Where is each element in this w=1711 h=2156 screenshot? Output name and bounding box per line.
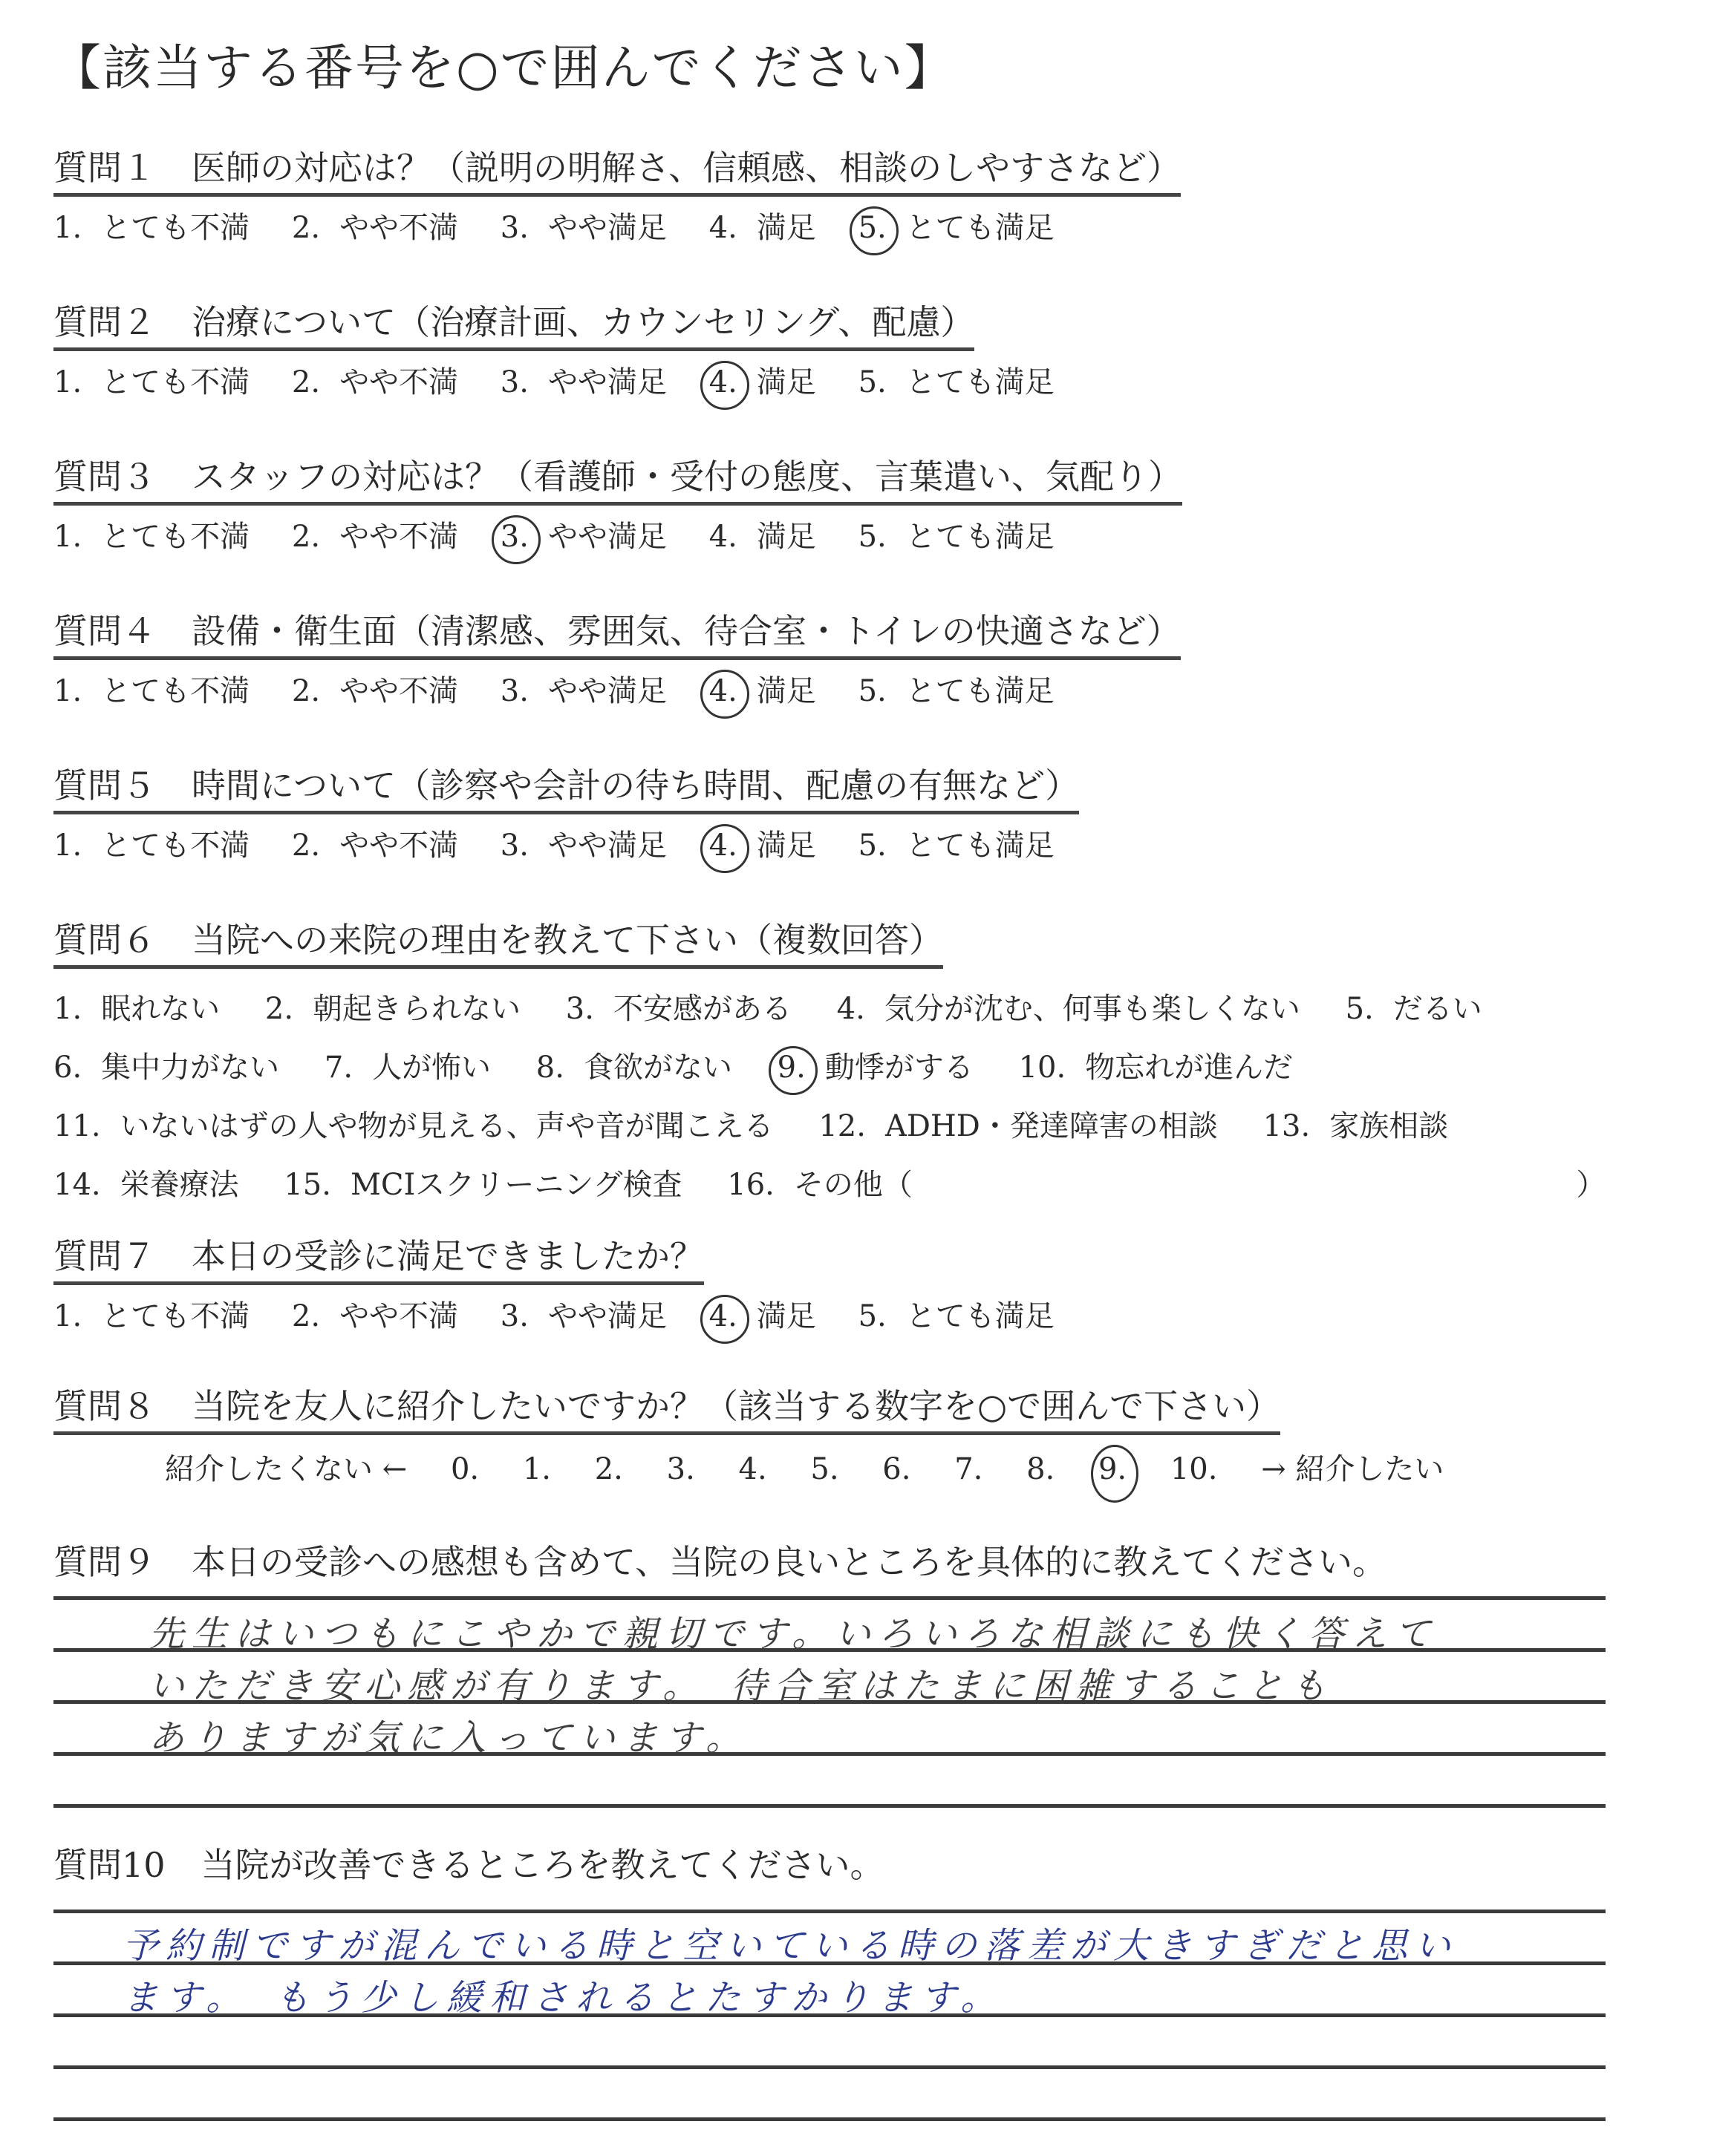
page-title: 【該当する番号を○で囲んでください】 bbox=[52, 28, 955, 99]
q6-option-5[interactable]: 5.だるい bbox=[1346, 985, 1482, 1028]
q6-option-10[interactable]: 10.物忘れが進んだ bbox=[1019, 1044, 1294, 1086]
recommend-scale: 紹介したくない ← 0. 1. 2. 3. 4. 5. 6. 7. 8. 9. … bbox=[165, 1445, 1478, 1488]
option-1[interactable]: 1.とても不満 bbox=[53, 1293, 250, 1335]
q10-answer-line-1[interactable]: 予約制ですが混んでいる時と空いている時の落差が大きすぎだと思い bbox=[123, 1917, 1458, 1968]
q6-option-8[interactable]: 8.食欲がない bbox=[536, 1044, 732, 1086]
question-1: 質問１医師の対応は？（説明の明解さ、信頼感、相談のしやすさなど） 1.とても不満… bbox=[53, 141, 1181, 246]
option-4-selected[interactable]: 4.満足 bbox=[709, 359, 816, 401]
q6-option-3[interactable]: 3.不安感がある bbox=[566, 985, 792, 1028]
scale-6[interactable]: 6. bbox=[882, 1452, 910, 1486]
scale-10[interactable]: 10. bbox=[1170, 1452, 1218, 1486]
question-number: 質問２ bbox=[53, 302, 156, 342]
scale-0[interactable]: 0. bbox=[451, 1452, 479, 1486]
question-4: 質問４設備・衛生面（清潔感、雰囲気、待合室・トイレの快適さなど） 1.とても不満… bbox=[53, 604, 1181, 710]
question-6: 質問６当院への来院の理由を教えて下さい（複数回答） 1.眠れない 2.朝起きられ… bbox=[53, 913, 1606, 1203]
question-number: 質問８ bbox=[53, 1386, 156, 1426]
question-5: 質問５時間について（診察や会計の待ち時間、配慮の有無など） 1.とても不満 2.… bbox=[53, 759, 1087, 864]
q6-option-16-other[interactable]: 16.その他（ bbox=[727, 1161, 913, 1203]
option-2[interactable]: 2.やや不満 bbox=[292, 667, 458, 710]
option-3[interactable]: 3.やや満足 bbox=[501, 822, 667, 864]
q6-option-6[interactable]: 6.集中力がない bbox=[53, 1044, 279, 1086]
scale-7[interactable]: 7. bbox=[954, 1452, 982, 1486]
q6-option-12[interactable]: 12.ADHD・発達障害の相談 bbox=[818, 1102, 1218, 1145]
option-5[interactable]: 5.とても満足 bbox=[858, 822, 1055, 864]
q6-option-4[interactable]: 4.気分が沈む、何事も楽しくない bbox=[837, 985, 1300, 1028]
q9-answer-line-1[interactable]: 先生はいつもにこやかで親切です。いろいろな相談にも快く答えて bbox=[149, 1605, 1438, 1656]
q6-option-15[interactable]: 15.MCIスクリーニング検査 bbox=[284, 1161, 682, 1203]
scale-4[interactable]: 4. bbox=[739, 1452, 767, 1486]
option-5[interactable]: 5.とても満足 bbox=[858, 667, 1055, 710]
q6-row-2: 6.集中力がない 7.人が怖い 8.食欲がない 9.動悸がする 10.物忘れが進… bbox=[53, 1044, 1606, 1086]
question-text: 本日の受診に満足できましたか？ bbox=[192, 1236, 704, 1276]
option-3[interactable]: 3.やや満足 bbox=[501, 359, 667, 401]
option-4-selected[interactable]: 4.満足 bbox=[709, 667, 816, 710]
question-7: 質問７本日の受診に満足できましたか？ 1.とても不満 2.やや不満 3.やや満足… bbox=[53, 1229, 1087, 1335]
question-number: 質問９ bbox=[53, 1542, 156, 1582]
scale-3[interactable]: 3. bbox=[667, 1452, 695, 1486]
option-3[interactable]: 3.やや満足 bbox=[501, 667, 667, 710]
question-text: 本日の受診への感想も含めて、当院の良いところを具体的に教えてください。 bbox=[192, 1542, 1386, 1582]
question-10: 質問10当院が改善できるところを教えてください。 bbox=[53, 1838, 884, 1890]
question-text: 当院を友人に紹介したいですか？（該当する数字を○で囲んで下さい） bbox=[192, 1386, 1280, 1426]
q6-option-7[interactable]: 7.人が怖い bbox=[325, 1044, 491, 1086]
scale-5[interactable]: 5. bbox=[810, 1452, 838, 1486]
option-3[interactable]: 3.やや満足 bbox=[501, 1293, 667, 1335]
option-1[interactable]: 1.とても不満 bbox=[53, 359, 250, 401]
option-4[interactable]: 4.満足 bbox=[709, 513, 816, 555]
scale-1[interactable]: 1. bbox=[523, 1452, 551, 1486]
option-3[interactable]: 3.やや満足 bbox=[501, 204, 667, 246]
question-number: 質問７ bbox=[53, 1236, 156, 1276]
option-5[interactable]: 5.とても満足 bbox=[858, 1293, 1055, 1335]
option-2[interactable]: 2.やや不満 bbox=[292, 204, 458, 246]
option-1[interactable]: 1.とても不満 bbox=[53, 822, 250, 864]
question-text: 治療について（治療計画、カウンセリング、配慮） bbox=[192, 302, 974, 342]
q6-option-2[interactable]: 2.朝起きられない bbox=[265, 985, 521, 1028]
option-5-selected[interactable]: 5.とても満足 bbox=[858, 204, 1055, 246]
question-9: 質問９本日の受診への感想も含めて、当院の良いところを具体的に教えてください。 bbox=[53, 1535, 1386, 1587]
question-text: スタッフの対応は？（看護師・受付の態度、言葉遣い、気配り） bbox=[192, 457, 1182, 497]
q6-row-4: 14.栄養療法 15.MCIスクリーニング検査 16.その他（ ） bbox=[53, 1161, 1606, 1203]
option-2[interactable]: 2.やや不満 bbox=[292, 513, 458, 555]
option-1[interactable]: 1.とても不満 bbox=[53, 204, 250, 246]
scale-8[interactable]: 8. bbox=[1026, 1452, 1055, 1486]
options-q3: 1.とても不満 2.やや不満 3.やや満足 4.満足 5.とても満足 bbox=[53, 513, 1182, 555]
close-paren: ） bbox=[1576, 1168, 1606, 1202]
option-2[interactable]: 2.やや不満 bbox=[292, 1293, 458, 1335]
scale-9-selected[interactable]: 9. bbox=[1098, 1452, 1127, 1486]
option-2[interactable]: 2.やや不満 bbox=[292, 822, 458, 864]
q6-option-14[interactable]: 14.栄養療法 bbox=[53, 1161, 239, 1203]
question-text: 当院への来院の理由を教えて下さい（複数回答） bbox=[192, 920, 943, 960]
option-1[interactable]: 1.とても不満 bbox=[53, 667, 250, 710]
question-text: 当院が改善できるところを教えてください。 bbox=[201, 1845, 884, 1885]
q6-option-9-selected[interactable]: 9.動悸がする bbox=[778, 1044, 974, 1086]
q6-option-13[interactable]: 13.家族相談 bbox=[1263, 1102, 1449, 1145]
scale-right-label: → 紹介したい bbox=[1261, 1445, 1444, 1488]
question-text: 時間について（診察や会計の待ち時間、配慮の有無など） bbox=[192, 765, 1079, 806]
question-number: 質問１ bbox=[53, 148, 156, 188]
question-text: 医師の対応は？（説明の明解さ、信頼感、相談のしやすさなど） bbox=[192, 148, 1181, 188]
q10-answer-line-2[interactable]: ます。 もう少し緩和されるとたすかります。 bbox=[123, 1969, 1003, 2020]
question-8: 質問８当院を友人に紹介したいですか？（該当する数字を○で囲んで下さい） 紹介した… bbox=[53, 1379, 1478, 1488]
question-number: 質問６ bbox=[53, 920, 156, 960]
q6-option-1[interactable]: 1.眠れない bbox=[53, 985, 220, 1028]
question-text: 設備・衛生面（清潔感、雰囲気、待合室・トイレの快適さなど） bbox=[192, 611, 1181, 651]
option-5[interactable]: 5.とても満足 bbox=[858, 359, 1055, 401]
options-q4: 1.とても不満 2.やや不満 3.やや満足 4.満足 5.とても満足 bbox=[53, 667, 1181, 710]
option-3-selected[interactable]: 3.やや満足 bbox=[501, 513, 667, 555]
question-number: 質問10 bbox=[53, 1845, 166, 1885]
options-q5: 1.とても不満 2.やや不満 3.やや満足 4.満足 5.とても満足 bbox=[53, 822, 1087, 864]
question-number: 質問３ bbox=[53, 457, 156, 497]
options-q7: 1.とても不満 2.やや不満 3.やや満足 4.満足 5.とても満足 bbox=[53, 1293, 1087, 1335]
option-1[interactable]: 1.とても不満 bbox=[53, 513, 250, 555]
question-3: 質問３スタッフの対応は？（看護師・受付の態度、言葉遣い、気配り） 1.とても不満… bbox=[53, 450, 1182, 555]
option-4-selected[interactable]: 4.満足 bbox=[709, 822, 816, 864]
q6-row-1: 1.眠れない 2.朝起きられない 3.不安感がある 4.気分が沈む、何事も楽しく… bbox=[53, 985, 1606, 1028]
option-4[interactable]: 4.満足 bbox=[709, 204, 816, 246]
options-q1: 1.とても不満 2.やや不満 3.やや満足 4.満足 5.とても満足 bbox=[53, 204, 1181, 246]
question-2: 質問２治療について（治療計画、カウンセリング、配慮） 1.とても不満 2.やや不… bbox=[53, 295, 1087, 401]
question-number: 質問５ bbox=[53, 765, 156, 806]
q6-option-11[interactable]: 11.いないはずの人や物が見える、声や音が聞こえる bbox=[53, 1102, 774, 1145]
q6-row-3: 11.いないはずの人や物が見える、声や音が聞こえる 12.ADHD・発達障害の相… bbox=[53, 1102, 1606, 1145]
scale-left-label: 紹介したくない ← bbox=[165, 1445, 407, 1488]
q9-answer-line-2[interactable]: いただき安心感が有ります。 待合室はたまに困雑することも bbox=[149, 1657, 1334, 1708]
option-2[interactable]: 2.やや不満 bbox=[292, 359, 458, 401]
q9-answer-line-3[interactable]: ありますが気に入っています。 bbox=[149, 1709, 749, 1760]
option-4-selected[interactable]: 4.満足 bbox=[709, 1293, 816, 1335]
question-number: 質問４ bbox=[53, 611, 156, 651]
scale-2[interactable]: 2. bbox=[595, 1452, 623, 1486]
option-5[interactable]: 5.とても満足 bbox=[858, 513, 1055, 555]
options-q2: 1.とても不満 2.やや不満 3.やや満足 4.満足 5.とても満足 bbox=[53, 359, 1087, 401]
